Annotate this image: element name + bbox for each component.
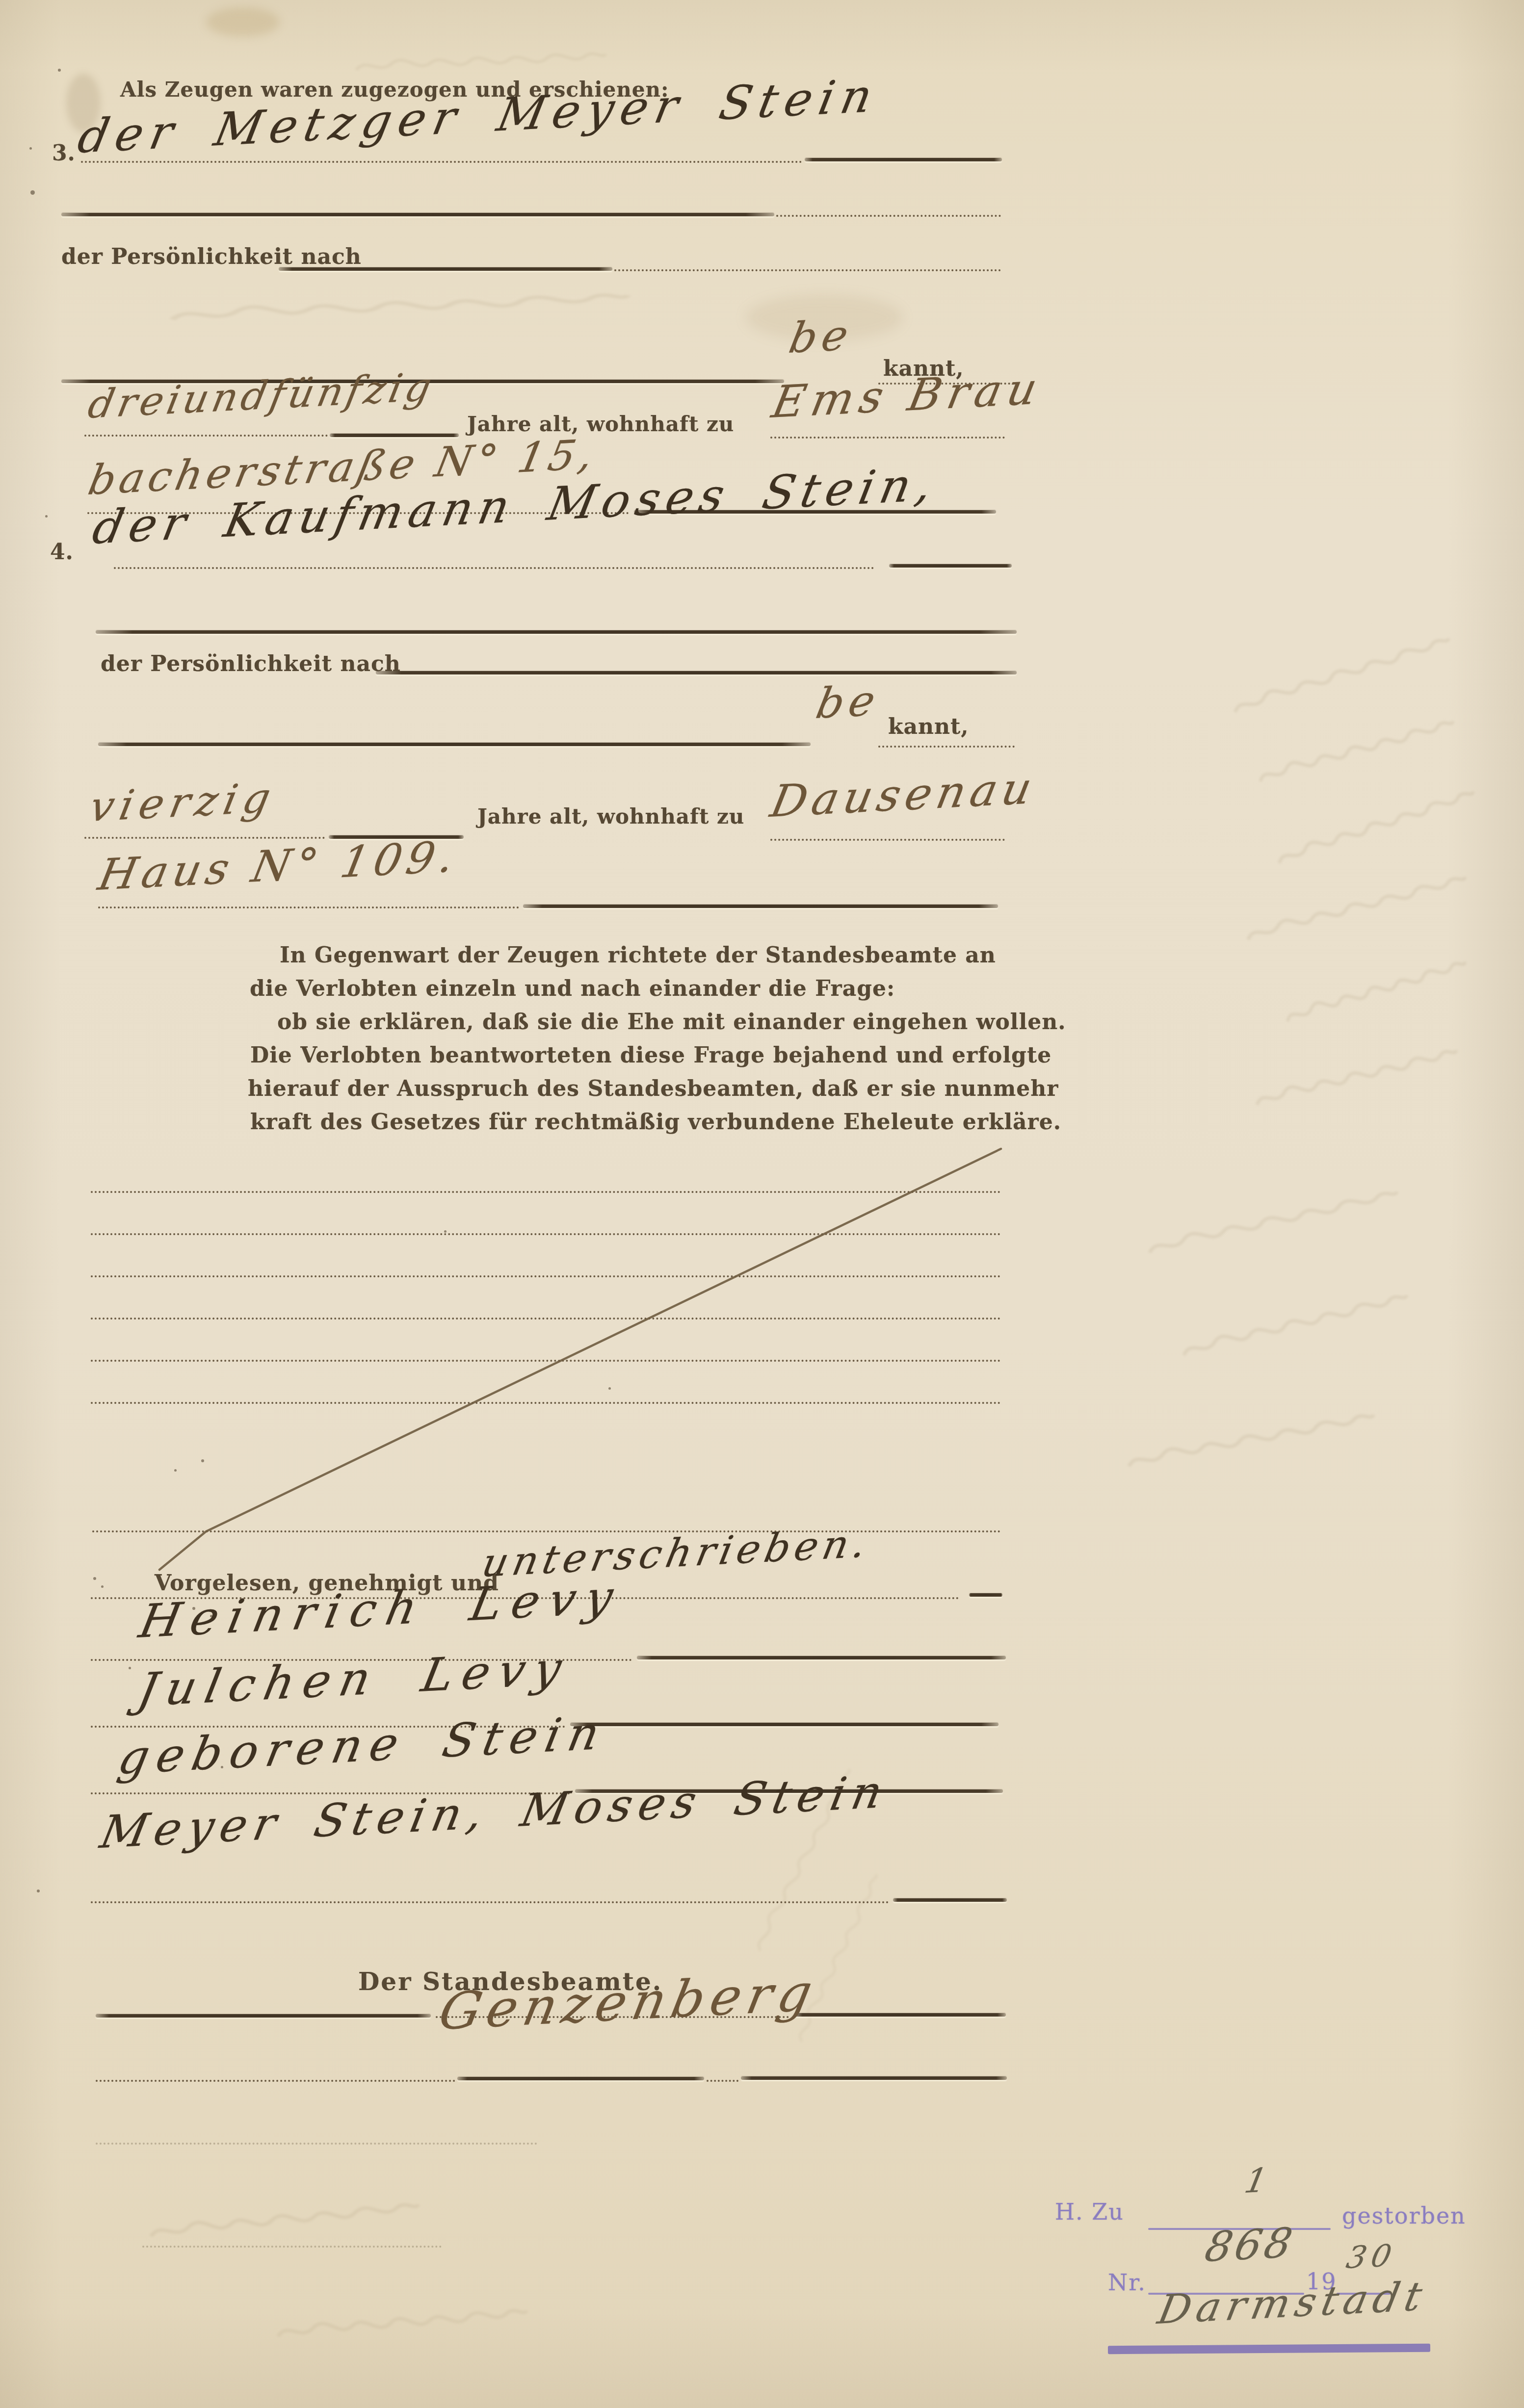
registry-document-page: Als Zeugen waren zugezogen und erschiene… [0,0,1524,2408]
bleedthrough-ghost [1142,1178,1404,1268]
declaration-line2: die Verlobten einzeln und nach einander … [250,976,895,1001]
ink-speck [201,1459,204,1462]
stamp-entry-handwriting: 1 [1241,2161,1275,2201]
rule-witness4-house-solid [523,905,998,908]
rule-witness4-name-solid [889,564,1012,568]
rule-witness3-age-solid [330,434,459,437]
witness4-age-handwriting: vierzig [86,774,281,831]
blank-dotted-line [91,1191,1001,1193]
bleedthrough-ghost [1177,1281,1414,1370]
rule-witness3-name [81,161,802,163]
ink-speck [30,190,35,195]
witness3-persoenlichkeit-label: der Persönlichkeit nach [61,244,362,269]
rule-closing-dash [969,1593,1002,1597]
signature-bride-nee: geborene Stein [114,1707,611,1785]
rule-signature-groom-solid [637,1656,1006,1659]
blank-dotted-line [91,1275,1001,1277]
witness4-house-handwriting: Haus N° 109. [94,831,464,900]
rule-witness4-blank [96,630,1017,634]
rule-registrar-lower-dotted-left [96,2080,455,2082]
bleedthrough-line [142,2246,442,2248]
bleedthrough-ghost [1270,777,1482,877]
blank-dotted-line [91,1360,1001,1362]
rule-witness4-bekannt [98,743,811,746]
rule-registrar-upper-left [96,2014,431,2018]
blank-dotted-line [91,1402,1001,1404]
rule-signature-witnesses [91,1901,889,1903]
rule-registrar-lower-mid [457,2077,704,2080]
ink-speck [45,515,48,518]
bleedthrough-ghost [1279,948,1473,1036]
paper-stain [206,7,280,37]
ink-speck [129,1667,131,1669]
witness3-bekannt-handwriting: be [785,311,857,363]
bleedthrough-ghost [1240,863,1473,954]
witness4-bekannt-handwriting: be [812,676,884,728]
rule-witness4-name [114,567,874,569]
ink-speck [608,1387,611,1390]
bleedthrough-ghost [1253,707,1461,796]
ink-speck [37,1890,40,1892]
bleedthrough-ghost [274,2297,531,2351]
stamp-year-handwriting: 30 [1343,2237,1399,2276]
witness4-number: 4. [50,540,74,565]
witness3-number: 3. [52,141,76,166]
bleedthrough-ghost [1226,624,1457,726]
strike-through-line [0,0,1524,2408]
bleedthrough-ghost [1250,1036,1464,1119]
declaration-line5: hierauf der Ausspruch des Standesbeamten… [248,1076,1058,1101]
blank-dotted-line [91,1318,1001,1320]
witness4-age-label: Jahre alt, wohnhaft zu [477,804,744,829]
ink-speck [93,1577,96,1580]
stamp-place-handwriting: Darmstadt [1154,2273,1431,2333]
rule-witness3-blank-dotted [776,215,1001,217]
rule-witness4-age [84,837,325,839]
bleedthrough-line [96,2143,537,2145]
declaration-line4: Die Verlobten beantworteten diese Frage … [250,1043,1051,1068]
stamp-h-zu-label: H. Zu [1055,2199,1124,2225]
declaration-line6: kraft des Gesetzes für rechtmäßig verbun… [250,1110,1061,1135]
rule-witness3-persoenlichkeit-dotted [614,269,1001,271]
rule-witness3-name-solid [805,158,1002,161]
witness3-residence-handwriting: Ems Brau [768,363,1048,428]
rule-witness3-residence [770,437,1005,439]
rule-witness4-bekannt-dotted [878,746,1015,748]
stamp-gestorben-label: gestorben [1342,2202,1466,2229]
ink-speck [174,1469,177,1472]
rule-witness4-persoenlichkeit [376,671,1017,674]
witness4-persoenlichkeit-label: der Persönlichkeit nach [101,651,401,676]
rule-signature-bride-solid [570,1723,998,1726]
rule-witness3-blank [61,213,774,216]
declaration-line3: ob sie erklären, daß sie die Ehe mit ein… [277,1010,1066,1035]
ink-speck [58,69,61,72]
stamp-underline-bar [1108,2344,1430,2355]
ink-speck [29,147,32,150]
rule-registrar-lower-dotted-mid [707,2080,738,2082]
blank-dotted-line [91,1233,1001,1235]
witness4-residence-handwriting: Dausenau [766,762,1041,828]
bleedthrough-ghost [1123,1400,1380,1480]
ink-speck [101,1585,104,1588]
bleedthrough-ghost [166,281,633,334]
rule-witness3-age [84,435,328,437]
stamp-nr-handwriting: 868 [1201,2219,1299,2271]
stamp-nr-label: Nr. [1108,2269,1146,2296]
rule-registrar-upper-right [794,2013,1006,2017]
witness3-age-handwriting: dreiundfünfzig [84,364,439,427]
bleedthrough-ghost [353,42,609,82]
declaration-line1: In Gegenwart der Zeugen richtete der Sta… [280,943,996,968]
ink-speck [444,1230,447,1233]
rule-registrar-lower-right [741,2076,1007,2080]
rule-witness4-residence [770,839,1005,841]
signature-bride: Julchen Levy [133,1642,575,1717]
rule-signature-witnesses-solid [893,1898,1007,1902]
witness4-kannt-label: kannt, [888,714,969,739]
bleedthrough-ghost [146,2191,423,2251]
rule-witness4-house [98,906,519,908]
